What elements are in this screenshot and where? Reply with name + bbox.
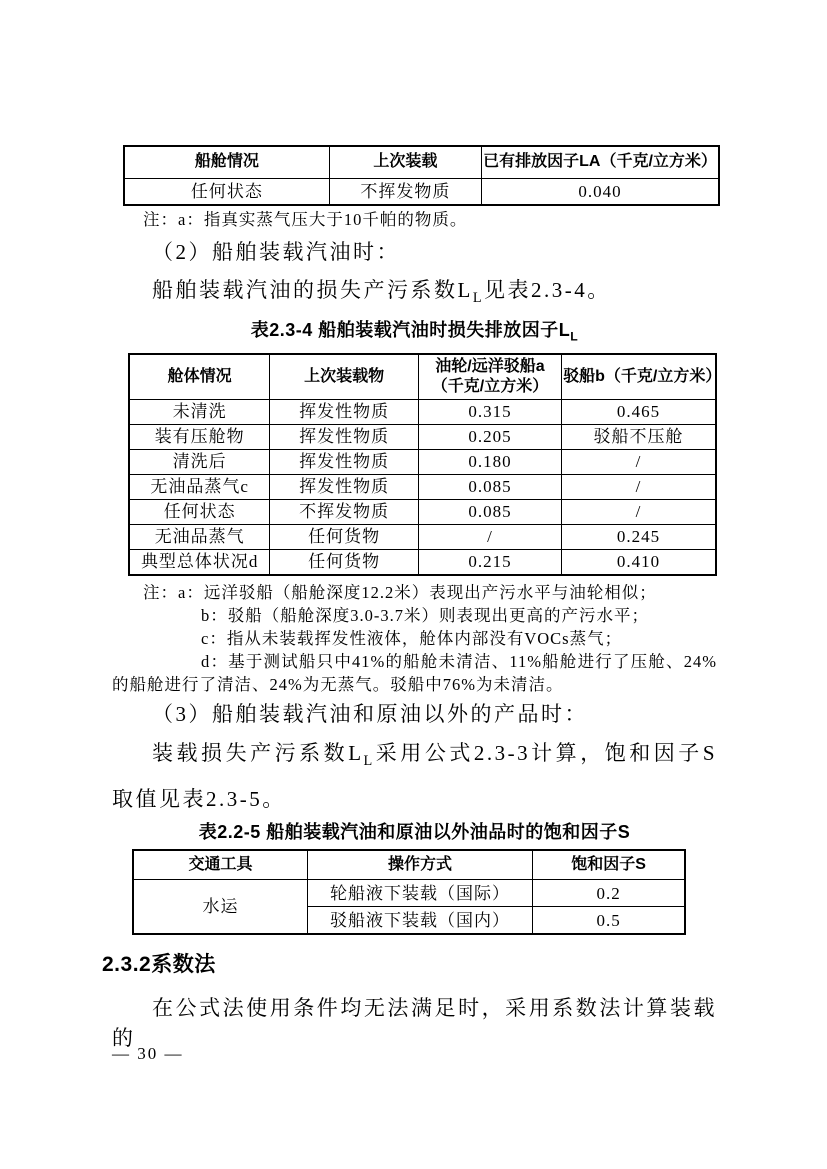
title-text: 表2.3-4 船舶装载汽油时损失排放因子L (251, 320, 571, 340)
para-text: 见表2.3-4。 (484, 278, 611, 302)
table-row: 任何状态 不挥发物质 0.085 / (129, 499, 716, 524)
table-cell: 0.465 (562, 399, 716, 424)
para-saturation-factor: 装载损失产污系数LL采用公式2.3-3计算，饱和因子S取值见表2.3-5。 (112, 734, 717, 818)
table-2-2-5-title: 表2.2-5 船舶装载汽油和原油以外油品时的饱和因子S (112, 821, 717, 844)
table-cell: 驳船不压舱 (562, 424, 716, 449)
table-cell: 装有压舱物 (129, 424, 270, 449)
table-row: 无油品蒸气c 挥发性物质 0.085 / (129, 474, 716, 499)
table-cell: 0.5 (533, 907, 685, 934)
table-cell: 0.315 (418, 399, 561, 424)
table-cell: 任何货物 (270, 549, 419, 575)
table-cell: 0.040 (482, 178, 719, 205)
table-cell: 清洗后 (129, 449, 270, 474)
section-heading-2-3-2: 2.3.2系数法 (102, 951, 717, 979)
table-header-cell: 已有排放因子LA（千克/立方米） (482, 146, 719, 178)
table-cell: / (562, 449, 716, 474)
table-2-3-4-notes: 注：a：远洋驳船（船舱深度12.2米）表现出产污水平与油轮相似； b：驳船（船舱… (112, 581, 717, 696)
table-2-3-4: 舱体情况 上次装载物 油轮/远洋驳船a（千克/立方米） 驳船b（千克/立方米） … (128, 353, 717, 576)
table-cell: 0.085 (418, 499, 561, 524)
table-prev-continuation: 船舱情况 上次装载 已有排放因子LA（千克/立方米） 任何状态 不挥发物质 0.… (123, 145, 720, 206)
table-header-cell: 驳船b（千克/立方米） (562, 354, 716, 400)
table-cell: 任何状态 (124, 178, 329, 205)
table-cell: 0.245 (562, 524, 716, 549)
note-line-c: c：指从未装载挥发性液体，舱体内部没有VOCs蒸气； (201, 627, 717, 650)
table-cell: 0.085 (418, 474, 561, 499)
table-cell: 驳船液下装载（国内） (307, 907, 532, 934)
table-2-2-5: 交通工具 操作方式 饱和因子S 水运 轮船液下装载（国际） 0.2 驳船液下装载… (132, 849, 686, 935)
table-cell: 典型总体状况d (129, 549, 270, 575)
table-cell: 未清洗 (129, 399, 270, 424)
table-header-row: 船舱情况 上次装载 已有排放因子LA（千克/立方米） (124, 146, 719, 178)
note-line-a: 注：a：远洋驳船（船舱深度12.2米）表现出产污水平与油轮相似； (112, 581, 717, 604)
table-row: 清洗后 挥发性物质 0.180 / (129, 449, 716, 474)
para-coefficient-method: 在公式法使用条件均无法满足时，采用系数法计算装载的 (112, 993, 717, 1053)
table-cell: 挥发性物质 (270, 449, 419, 474)
table-row: 无油品蒸气 任何货物 / 0.245 (129, 524, 716, 549)
subscript: L (570, 330, 578, 344)
table-cell: 0.180 (418, 449, 561, 474)
table-cell: 轮船液下装载（国际） (307, 880, 532, 907)
table-header-cell: 操作方式 (307, 850, 532, 880)
para-gasoline-loading: 船舶装载汽油的损失产污系数LL见表2.3-4。 (112, 275, 717, 313)
table-row: 水运 轮船液下装载（国际） 0.2 (133, 880, 685, 907)
table-cell: 0.2 (533, 880, 685, 907)
table-cell: 无油品蒸气 (129, 524, 270, 549)
table-cell: / (418, 524, 561, 549)
table-2-3-4-title: 表2.3-4 船舶装载汽油时损失排放因子LL (112, 319, 717, 349)
table-row: 典型总体状况d 任何货物 0.215 0.410 (129, 549, 716, 575)
table-cell: 无油品蒸气c (129, 474, 270, 499)
document-page: 船舱情况 上次装载 已有排放因子LA（千克/立方米） 任何状态 不挥发物质 0.… (0, 0, 827, 1169)
table-row: 装有压舱物 挥发性物质 0.205 驳船不压舱 (129, 424, 716, 449)
page-content: 船舱情况 上次装载 已有排放因子LA（千克/立方米） 任何状态 不挥发物质 0.… (112, 0, 717, 1053)
table-header-cell: 油轮/远洋驳船a（千克/立方米） (418, 354, 561, 400)
para-text: 船舶装载汽油的损失产污系数L (152, 278, 473, 302)
table-cell: 0.215 (418, 549, 561, 575)
para-text: 装载损失产污系数L (152, 741, 364, 765)
table-cell: 不挥发物质 (329, 178, 481, 205)
note-line-b: b：驳船（船舱深度3.0-3.7米）则表现出更高的产污水平； (201, 604, 717, 627)
para-item-3: （3）船舶装载汽油和原油以外的产品时： (112, 699, 717, 729)
table-cell: 0.410 (562, 549, 716, 575)
subscript: L (473, 290, 484, 306)
table-header-row: 舱体情况 上次装载物 油轮/远洋驳船a（千克/立方米） 驳船b（千克/立方米） (129, 354, 716, 400)
note-line-d: d：基于测试船只中41%的船舱未清洁、11%船舱进行了压舱、24%的船舱进行了清… (112, 650, 717, 696)
note-table-prev: 注：a：指真实蒸气压大于10千帕的物质。 (112, 209, 717, 231)
table-header-cell: 舱体情况 (129, 354, 270, 400)
table-cell: / (562, 474, 716, 499)
table-cell: 0.205 (418, 424, 561, 449)
table-cell: 挥发性物质 (270, 424, 419, 449)
table-header-cell: 饱和因子S (533, 850, 685, 880)
table-cell: 不挥发物质 (270, 499, 419, 524)
table-header-cell: 上次装载物 (270, 354, 419, 400)
table-cell: 任何状态 (129, 499, 270, 524)
table-header-row: 交通工具 操作方式 饱和因子S (133, 850, 685, 880)
table-row: 未清洗 挥发性物质 0.315 0.465 (129, 399, 716, 424)
para-item-2: （2）船舶装载汽油时： (112, 237, 717, 267)
table-cell: / (562, 499, 716, 524)
subscript: L (364, 753, 375, 769)
page-number: — 30 — (112, 1044, 184, 1064)
table-cell: 任何货物 (270, 524, 419, 549)
table-cell: 挥发性物质 (270, 399, 419, 424)
table-cell: 水运 (133, 880, 307, 934)
table-header-cell: 上次装载 (329, 146, 481, 178)
table-header-cell: 船舱情况 (124, 146, 329, 178)
table-header-cell: 交通工具 (133, 850, 307, 880)
table-cell: 挥发性物质 (270, 474, 419, 499)
table-row: 任何状态 不挥发物质 0.040 (124, 178, 719, 205)
